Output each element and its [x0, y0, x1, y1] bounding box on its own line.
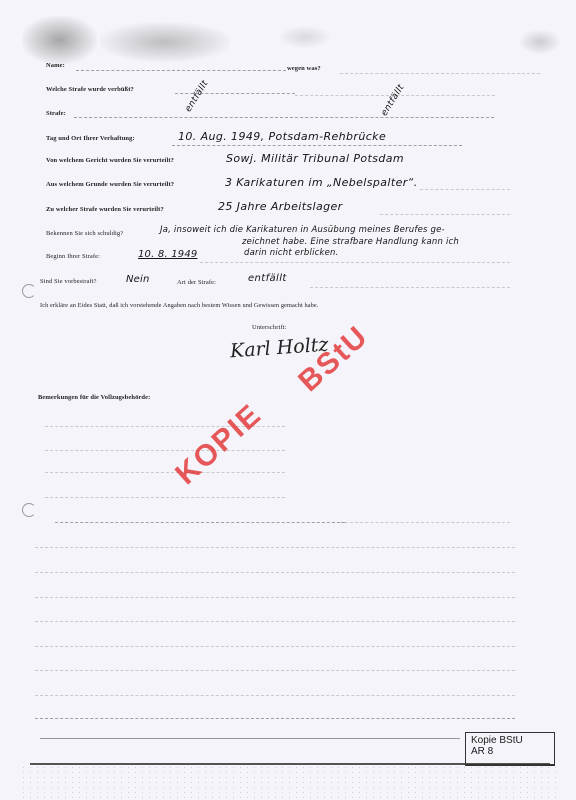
stamp-bstu: BStU: [292, 319, 375, 399]
welche-strafe-label: Welche Strafe wurde verbüßt?: [46, 86, 134, 93]
gericht-value: Sowj. Militär Tribunal Potsdam: [226, 152, 404, 165]
art-der-strafe-value: entfällt: [248, 273, 287, 284]
remarks-line-9: [35, 597, 515, 598]
signature-label: Unterschrift:: [252, 324, 287, 331]
stamp-kopie: KOPIE: [169, 398, 269, 492]
remarks-line-10: [35, 621, 515, 622]
declaration-text: Ich erkläre an Eides Statt, daß ich vors…: [40, 302, 319, 309]
verhaftung-line: [172, 145, 462, 146]
grund-line: [420, 189, 510, 190]
strafe-line: [74, 117, 494, 118]
vorbestraft-label: Sind Sie vorbestraft?: [40, 278, 97, 285]
schuldig-value-line1: Ja, insoweit ich die Karikaturen in Ausü…: [160, 225, 445, 235]
remarks-line-12: [35, 670, 515, 671]
wegen-was-line: [340, 73, 540, 74]
art-der-strafe-line: [310, 287, 510, 288]
remarks-line-8: [35, 572, 515, 573]
name-label: Name:: [46, 62, 65, 69]
strafe-verurteilt-label: Zu welcher Strafe wurden Sie verurteilt?: [46, 206, 164, 213]
art-der-strafe-label: Art der Strafe:: [177, 279, 216, 286]
strafe-verurteilt-line: [380, 214, 510, 215]
grund-label: Aus welchem Grunde wurden Sie verurteilt…: [46, 181, 174, 188]
strafe-value: entfällt: [380, 83, 407, 118]
remarks-line-6: [340, 522, 510, 523]
strafe-label: Strafe:: [46, 110, 66, 117]
remarks-label: Bemerkungen für die Vollzugsbehörde:: [38, 394, 150, 401]
remarks-line-3: [45, 472, 285, 473]
scan-smudge: [280, 26, 330, 48]
document-page: Name: wegen was? Welche Strafe wurde ver…: [0, 0, 576, 800]
beginn-label: Beginn Ihrer Strafe:: [46, 253, 100, 260]
archive-box: Kopie BStU AR 8: [465, 732, 555, 766]
scan-smudge: [22, 16, 97, 64]
schuldig-label: Bekennen Sie sich schuldig?: [46, 230, 123, 237]
vorbestraft-value: Nein: [126, 274, 150, 285]
remarks-line-4: [45, 497, 285, 498]
name-line: [76, 70, 286, 71]
verhaftung-value: 10. Aug. 1949, Potsdam-Rehbrücke: [178, 130, 386, 143]
scan-noise: [20, 765, 560, 800]
welche-strafe-value: entfällt: [184, 79, 211, 114]
schuldig-value-line3: darin nicht erblicken.: [244, 248, 339, 258]
wegen-was-label: wegen was?: [287, 65, 321, 72]
punch-hole: [22, 284, 36, 298]
beginn-line: [200, 262, 510, 263]
scan-smudge: [520, 30, 560, 54]
verhaftung-label: Tag und Ort Ihrer Verhaftung:: [46, 135, 135, 142]
remarks-line-11: [35, 646, 515, 647]
punch-hole: [22, 503, 36, 517]
bottom-rule-1: [40, 738, 460, 739]
strafe-verurteilt-value: 25 Jahre Arbeitslager: [218, 200, 343, 213]
scan-smudge: [100, 22, 230, 62]
archive-box-line2: AR 8: [471, 746, 549, 757]
archive-box-line1: Kopie BStU: [471, 735, 549, 746]
schuldig-value-line2: zeichnet habe. Eine strafbare Handlung k…: [242, 237, 459, 247]
remarks-line-14: [35, 718, 515, 719]
beginn-value: 10. 8. 1949: [138, 249, 197, 260]
grund-value: 3 Karikaturen im „Nebelspalter“.: [225, 176, 418, 189]
gericht-label: Von welchem Gericht wurden Sie verurteil…: [46, 157, 174, 164]
remarks-line-5: [55, 522, 345, 523]
remarks-line-2: [45, 450, 285, 451]
remarks-line-7: [35, 547, 515, 548]
remarks-line-13: [35, 695, 515, 696]
